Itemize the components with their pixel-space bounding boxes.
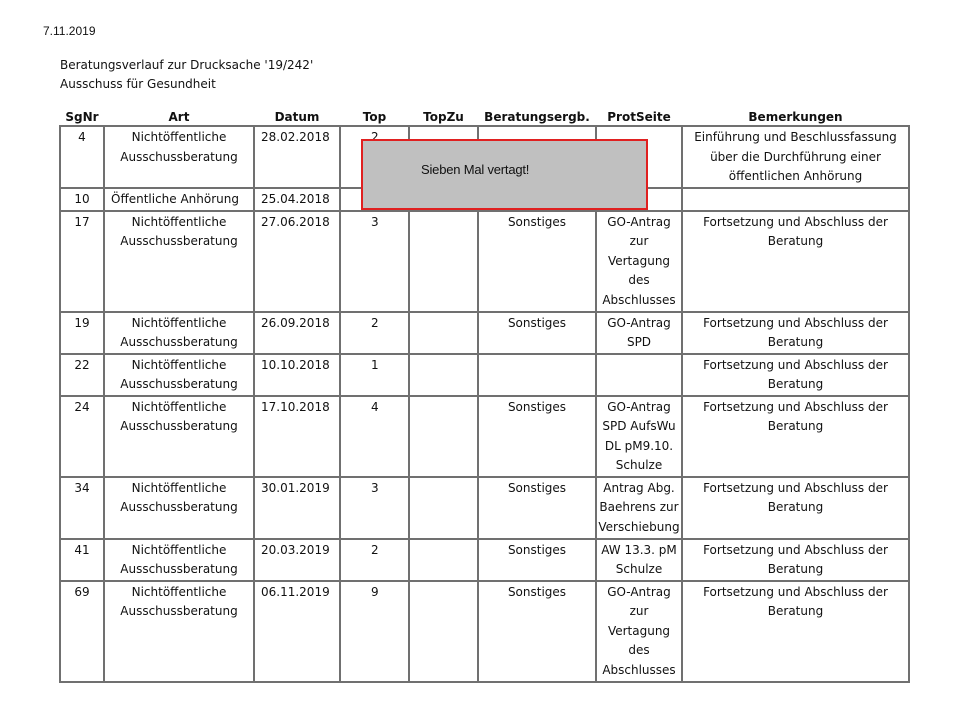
table-row: 34Nichtöffentliche Ausschussberatung30.0… xyxy=(60,477,909,539)
cell-beratungsergebnis: Sonstiges xyxy=(478,477,596,539)
cell-beratungsergebnis: Sonstiges xyxy=(478,539,596,581)
header-protseite: ProtSeite xyxy=(596,106,682,126)
cell-datum: 06.11.2019 xyxy=(254,581,340,682)
cell-sgnr: 22 xyxy=(60,354,104,396)
cell-bemerkungen: Fortsetzung und Abschluss der Beratung xyxy=(682,477,909,539)
cell-topzu xyxy=(409,539,478,581)
cell-protseite: GO-Antrag zur Vertagung des Abschlusses xyxy=(596,211,682,312)
cell-protseite xyxy=(596,354,682,396)
cell-sgnr: 24 xyxy=(60,396,104,477)
header-top: Top xyxy=(340,106,409,126)
cell-sgnr: 10 xyxy=(60,188,104,211)
cell-beratungsergebnis: Sonstiges xyxy=(478,211,596,312)
cell-protseite: Antrag Abg. Baehrens zur Verschiebung xyxy=(596,477,682,539)
cell-beratungsergebnis xyxy=(478,354,596,396)
header-bemerkungen: Bemerkungen xyxy=(682,106,909,126)
table-row: 41Nichtöffentliche Ausschussberatung20.0… xyxy=(60,539,909,581)
cell-top: 2 xyxy=(340,312,409,354)
cell-topzu xyxy=(409,396,478,477)
cell-sgnr: 19 xyxy=(60,312,104,354)
cell-art: Nichtöffentliche Ausschussberatung xyxy=(104,396,254,477)
cell-datum: 28.02.2018 xyxy=(254,126,340,188)
cell-art: Nichtöffentliche Ausschussberatung xyxy=(104,581,254,682)
cell-datum: 25.04.2018 xyxy=(254,188,340,211)
table-header-row: SgNr Art Datum Top TopZu Beratungsergb. … xyxy=(60,106,909,126)
cell-top: 9 xyxy=(340,581,409,682)
cell-top: 4 xyxy=(340,396,409,477)
cell-datum: 27.06.2018 xyxy=(254,211,340,312)
cell-sgnr: 34 xyxy=(60,477,104,539)
cell-datum: 26.09.2018 xyxy=(254,312,340,354)
header-datum: Datum xyxy=(254,106,340,126)
header-sgnr: SgNr xyxy=(60,106,104,126)
cell-art: Nichtöffentliche Ausschussberatung xyxy=(104,126,254,188)
cell-topzu xyxy=(409,477,478,539)
cell-protseite: GO-Antrag SPD xyxy=(596,312,682,354)
annotation-callout: Sieben Mal vertagt! xyxy=(361,139,648,210)
table-row: 19Nichtöffentliche Ausschussberatung26.0… xyxy=(60,312,909,354)
cell-art: Nichtöffentliche Ausschussberatung xyxy=(104,211,254,312)
cell-art: Nichtöffentliche Ausschussberatung xyxy=(104,477,254,539)
cell-protseite: AW 13.3. pM Schulze xyxy=(596,539,682,581)
committee-name: Ausschuss für Gesundheit xyxy=(60,75,313,94)
cell-sgnr: 17 xyxy=(60,211,104,312)
header-beratungsergebnis: Beratungsergb. xyxy=(478,106,596,126)
cell-bemerkungen: Fortsetzung und Abschluss der Beratung xyxy=(682,539,909,581)
cell-art: Nichtöffentliche Ausschussberatung xyxy=(104,354,254,396)
cell-bemerkungen: Fortsetzung und Abschluss der Beratung xyxy=(682,312,909,354)
cell-sgnr: 41 xyxy=(60,539,104,581)
cell-bemerkungen: Fortsetzung und Abschluss der Beratung xyxy=(682,211,909,312)
cell-topzu xyxy=(409,581,478,682)
cell-protseite: GO-Antrag zur Vertagung des Abschlusses xyxy=(596,581,682,682)
cell-bemerkungen: Fortsetzung und Abschluss der Beratung xyxy=(682,396,909,477)
cell-sgnr: 69 xyxy=(60,581,104,682)
annotation-text: Sieben Mal vertagt! xyxy=(421,162,529,177)
cell-datum: 10.10.2018 xyxy=(254,354,340,396)
cell-beratungsergebnis: Sonstiges xyxy=(478,396,596,477)
cell-beratungsergebnis: Sonstiges xyxy=(478,312,596,354)
cell-top: 3 xyxy=(340,211,409,312)
cell-datum: 17.10.2018 xyxy=(254,396,340,477)
cell-top: 1 xyxy=(340,354,409,396)
cell-top: 2 xyxy=(340,539,409,581)
document-title: Beratungsverlauf zur Drucksache '19/242' xyxy=(60,56,313,75)
cell-bemerkungen: Einführung und Beschlussfassung über die… xyxy=(682,126,909,188)
cell-art: Nichtöffentliche Ausschussberatung xyxy=(104,539,254,581)
cell-bemerkungen xyxy=(682,188,909,211)
cell-art: Nichtöffentliche Ausschussberatung xyxy=(104,312,254,354)
cell-datum: 30.01.2019 xyxy=(254,477,340,539)
cell-top: 3 xyxy=(340,477,409,539)
cell-art: Öffentliche Anhörung xyxy=(104,188,254,211)
cell-datum: 20.03.2019 xyxy=(254,539,340,581)
cell-bemerkungen: Fortsetzung und Abschluss der Beratung xyxy=(682,581,909,682)
cell-protseite: GO-Antrag SPD AufsWu DL pM9.10. Schulze xyxy=(596,396,682,477)
table-row: 22Nichtöffentliche Ausschussberatung10.1… xyxy=(60,354,909,396)
cell-topzu xyxy=(409,312,478,354)
cell-sgnr: 4 xyxy=(60,126,104,188)
table-row: 69Nichtöffentliche Ausschussberatung06.1… xyxy=(60,581,909,682)
cell-topzu xyxy=(409,211,478,312)
table-row: 24Nichtöffentliche Ausschussberatung17.1… xyxy=(60,396,909,477)
header-topzu: TopZu xyxy=(409,106,478,126)
print-date: 7.11.2019 xyxy=(43,24,96,38)
table-row: 17Nichtöffentliche Ausschussberatung27.0… xyxy=(60,211,909,312)
cell-topzu xyxy=(409,354,478,396)
cell-bemerkungen: Fortsetzung und Abschluss der Beratung xyxy=(682,354,909,396)
header-art: Art xyxy=(104,106,254,126)
document-header: Beratungsverlauf zur Drucksache '19/242'… xyxy=(60,56,313,94)
cell-beratungsergebnis: Sonstiges xyxy=(478,581,596,682)
